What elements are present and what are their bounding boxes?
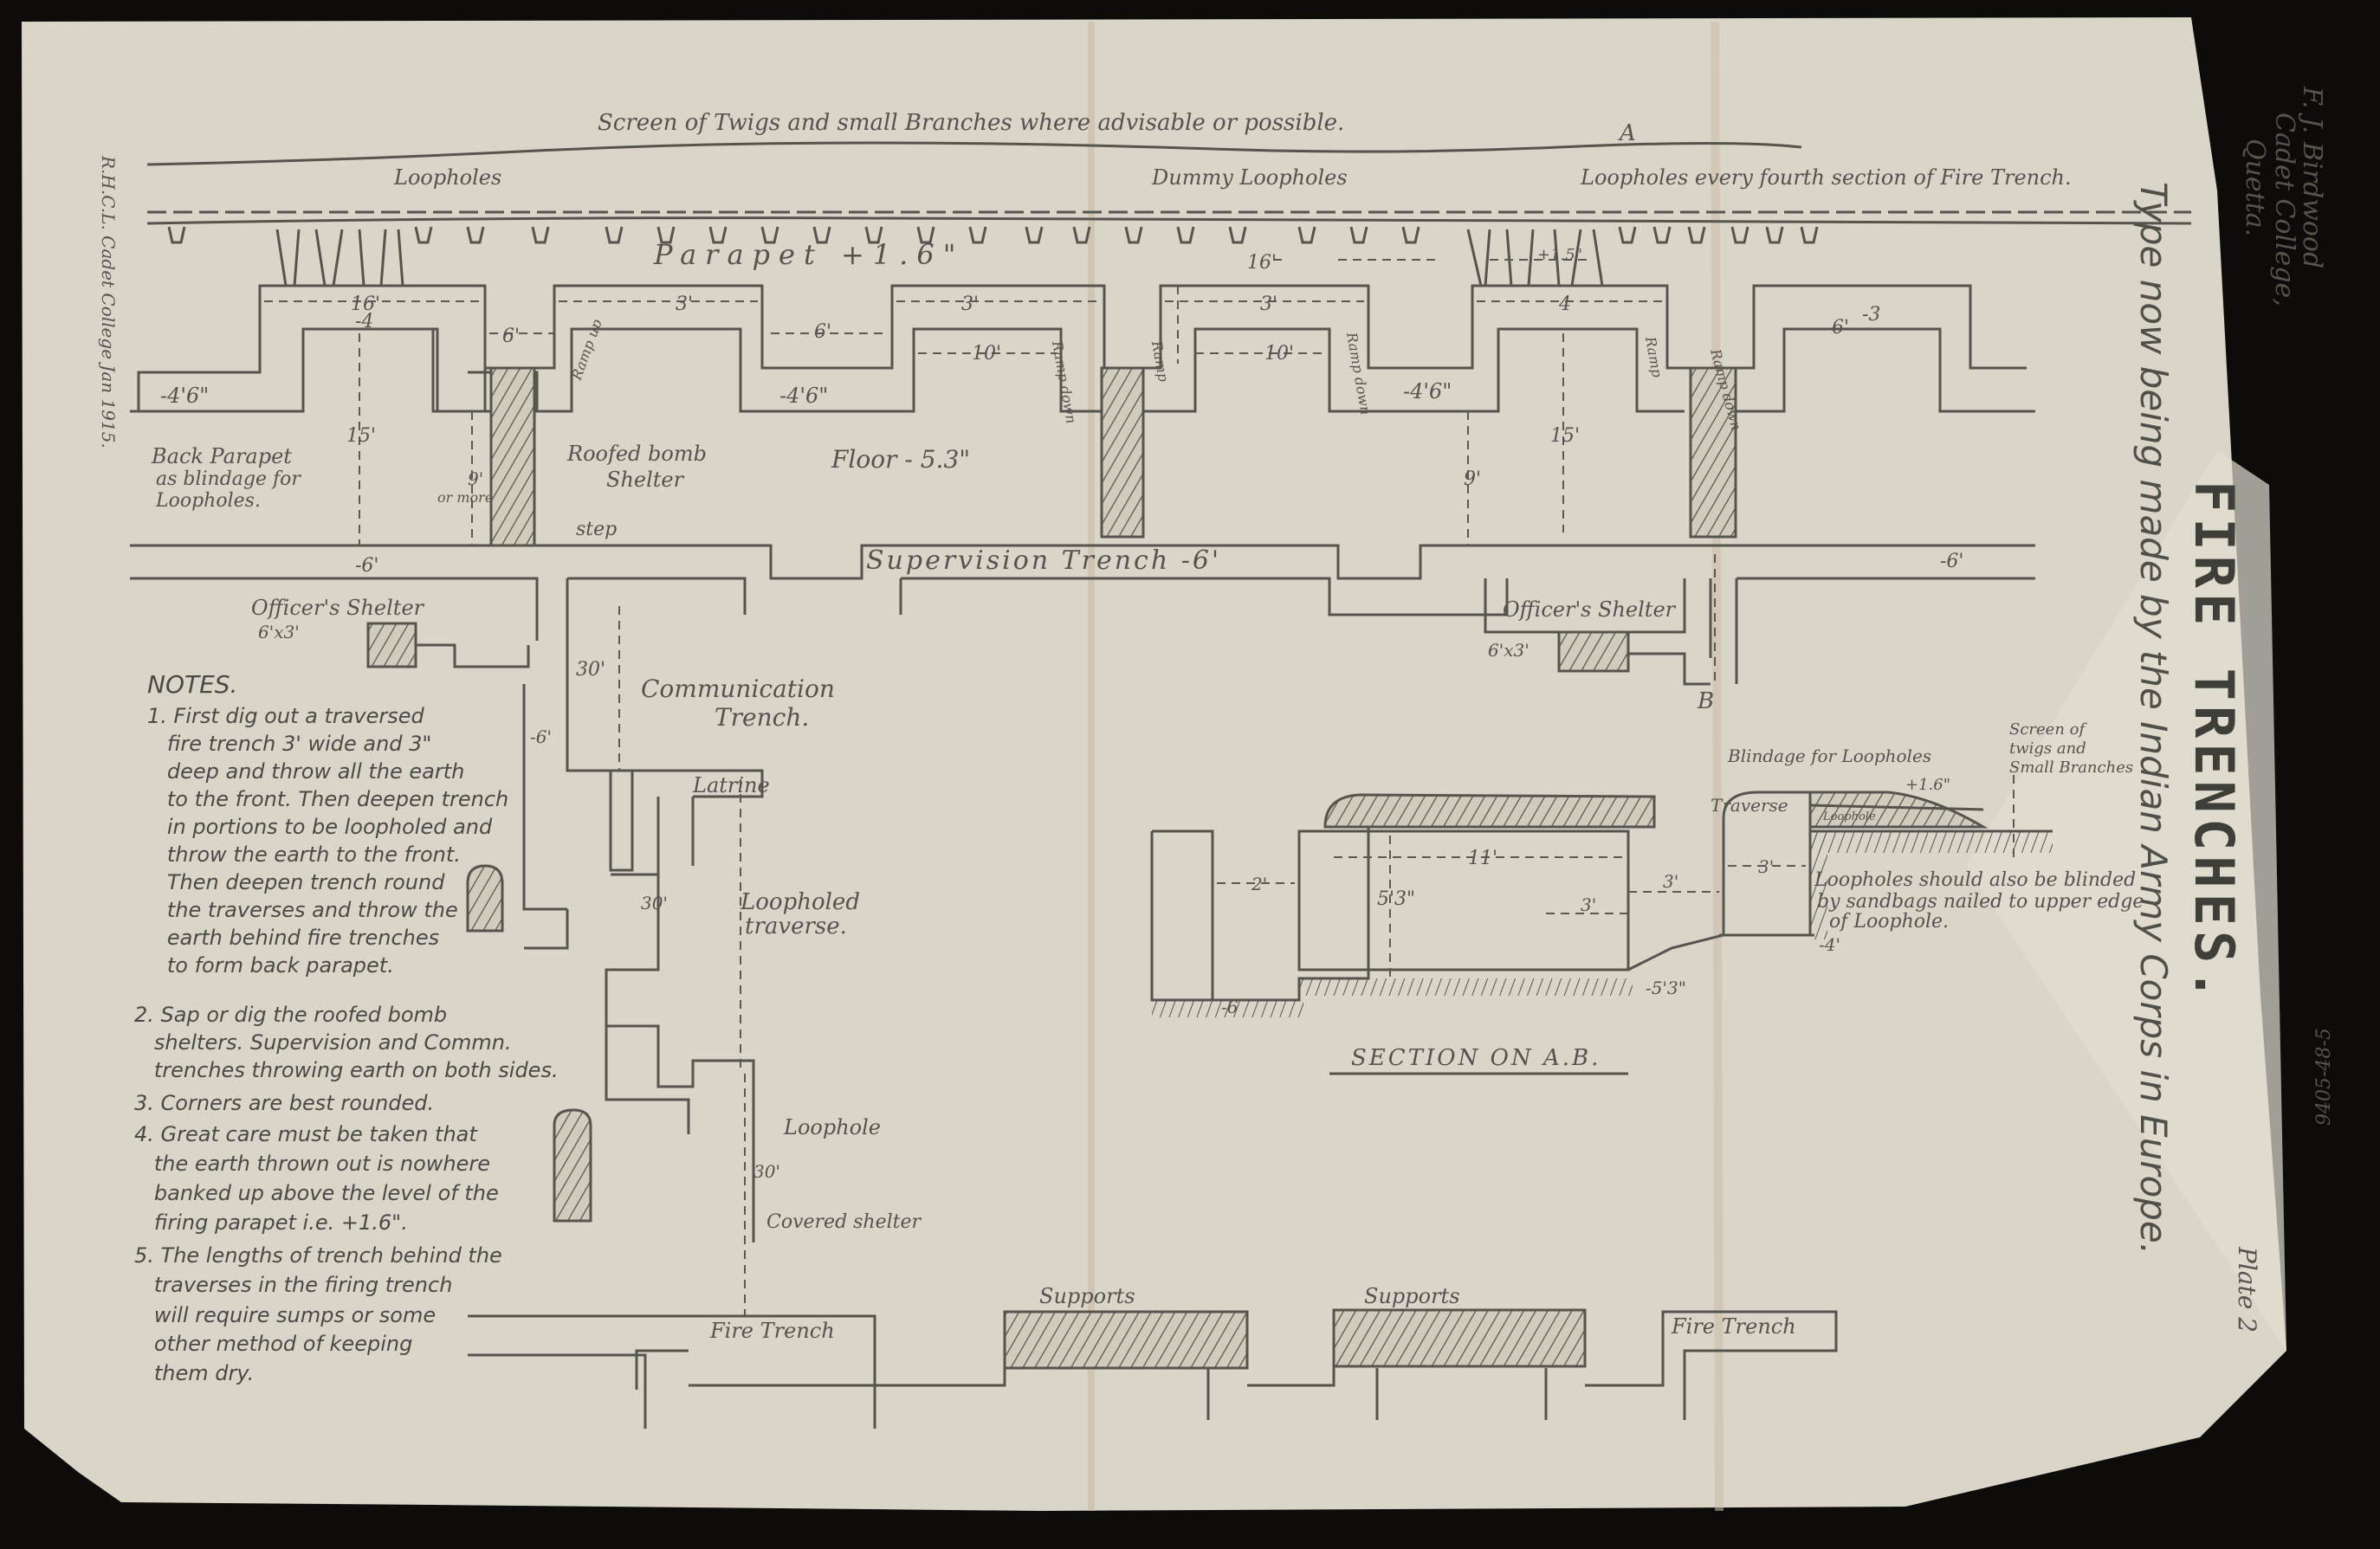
note-line: to form back parapet. [147, 953, 394, 978]
loopholes-every-fourth-label: Loopholes every fourth section of Fire T… [1580, 165, 2072, 190]
officers-shelter-right [1559, 632, 1628, 671]
owner-line-2: Cadet College, [2269, 113, 2299, 307]
notes-heading: NOTES. [147, 670, 237, 699]
note-line: 1. First dig out a traversed [147, 704, 425, 728]
section-dim-3a: 3' [1663, 871, 1678, 892]
accession-number: 9405-48-5 [2313, 1028, 2335, 1126]
supervision-trench-label: Supervision Trench -6' [866, 545, 1221, 576]
dim-10-a: 10' [972, 343, 1001, 365]
section-note-line-3: of Loophole. [1829, 911, 1949, 933]
loopholed-traverse-line-2: traverse. [745, 913, 847, 939]
note-line: earth behind fire trenches [147, 926, 439, 950]
dim-6-c: 6' [1832, 317, 1849, 339]
note-line: 3. Corners are best rounded. [134, 1091, 434, 1115]
section-dim-2: 2' [1251, 874, 1267, 894]
note-line: shelters. Supervision and Commn. [134, 1030, 512, 1055]
section-screen-line-2: twigs and [2009, 739, 2086, 758]
dim-4-6-c: -4'6" [1403, 379, 1452, 403]
note-line: traverses in the firing trench [134, 1273, 452, 1297]
loophole-height-label: +1.5" [1537, 246, 1582, 264]
note-line: trenches throwing earth on both sides. [134, 1058, 559, 1082]
dim-4-6-a: -4'6" [160, 384, 209, 408]
officers-shelter-left-label: Officer's Shelter [251, 596, 425, 620]
loopholed-traverse-line-1: Loopholed [740, 889, 860, 915]
communication-trench-line-1: Communication [641, 674, 835, 703]
note-line: throw the earth to the front. [147, 842, 461, 867]
dim-15-b: 15' [1550, 425, 1580, 447]
dim-9-b: 9' [1464, 468, 1481, 490]
section-screen-line-1: Screen of [2009, 720, 2087, 739]
dim-3-b: 3' [961, 294, 979, 315]
dim-4: 4 [1558, 294, 1571, 315]
roof-earth [1325, 795, 1654, 827]
dim-or-more: or more [437, 489, 493, 506]
rounded-traverse-2 [554, 1110, 591, 1221]
blindage-label: Blindage for Loopholes [1727, 745, 1931, 766]
back-parapet-line-2: as blindage for [156, 468, 301, 490]
traverse-label: Traverse [1711, 795, 1788, 816]
note-line: fire trench 3' wide and 3" [147, 732, 431, 756]
dim-minus-6-b: -6' [1940, 551, 1963, 572]
note-line: will require sumps or some [134, 1303, 436, 1327]
section-title: SECTION ON A.B. [1351, 1045, 1601, 1071]
note-line: other method of keeping [134, 1332, 412, 1356]
step-label: step [576, 519, 617, 540]
back-parapet-line-1: Back Parapet [151, 444, 292, 468]
back-parapet-line-3: Loopholes. [155, 490, 261, 512]
note-line: the traverses and throw the [147, 898, 458, 922]
dim-10-b: 10' [1264, 343, 1294, 365]
plate-number: Plate 2 [2233, 1246, 2261, 1333]
dim-6-a: 6' [502, 326, 520, 347]
roofed-bomb-shelter-1 [491, 368, 534, 545]
dim-4-6-b: -4'6" [779, 384, 828, 408]
dim-3-c: 3' [1260, 294, 1277, 315]
fire-trench-label-left: Fire Trench [709, 1319, 835, 1343]
section-dim-5-3: 5'3" [1377, 888, 1415, 910]
loophole-label: Loophole [783, 1115, 881, 1139]
dummy-loopholes-label: Dummy Loopholes [1151, 165, 1348, 190]
latrine-label: Latrine [692, 773, 770, 797]
note-line: 2. Sap or dig the roofed bomb [134, 1003, 447, 1027]
dim-traverse-4: -4 [355, 311, 373, 332]
rounded-traverse-1 [468, 866, 502, 931]
dim-9-a: 9' [468, 468, 483, 489]
dim-6-b: 6' [814, 321, 831, 343]
parapet-label: Parapet +1.6" [653, 238, 964, 271]
dim-30-b: 30' [641, 893, 668, 913]
note-line: 5. The lengths of trench behind the [134, 1243, 502, 1268]
roofed-shelter-line-2: Shelter [606, 468, 685, 492]
section-depth-5-3: -5'3" [1646, 978, 1686, 998]
supports-label-left: Supports [1039, 1284, 1135, 1308]
note-line: the earth thrown out is nowhere [134, 1152, 490, 1176]
note-line: in portions to be loopholed and [147, 815, 493, 839]
section-point-b: B [1697, 688, 1714, 714]
supports-label-right: Supports [1364, 1284, 1460, 1308]
dim-30-c: 30' [753, 1161, 780, 1182]
officers-shelter-right-label: Officer's Shelter [1503, 597, 1677, 622]
section-dim-3c: 3' [1581, 894, 1596, 915]
section-dim-3b: 3' [1758, 856, 1774, 877]
note-line: 4. Great care must be taken that [134, 1122, 478, 1146]
note-line: them dry. [134, 1361, 254, 1385]
fire-trench-label-right: Fire Trench [1671, 1314, 1796, 1339]
dim-minus-6-comm: -6' [530, 726, 552, 747]
section-dim-11: 11' [1468, 848, 1497, 869]
dim-3-a: 3' [676, 294, 693, 315]
loopholes-label: Loopholes [393, 165, 501, 190]
section-note-line-2: by sandbags nailed to upper edge [1817, 891, 2144, 913]
owner-line-1: F. J. Birdwood [2297, 86, 2327, 268]
plate-title: FIRE TRENCHES. [2183, 481, 2246, 1006]
section-depth-6: -6 [1221, 997, 1239, 1017]
section-parapet-height: +1.6" [1905, 776, 1950, 794]
margin-inscription: R.H.C.L. Cadet College Jan 1915. [98, 155, 119, 449]
section-note-line-1: Loopholes should also be blinded [1814, 869, 2136, 891]
roofed-shelter-line-1: Roofed bomb [566, 442, 707, 466]
note-line: deep and throw all the earth [147, 759, 464, 784]
section-screen-line-3: Small Branches [2009, 758, 2133, 777]
covered-shelter-label: Covered shelter [766, 1211, 922, 1233]
trench-plate-sheet: Screen of Twigs and small Branches where… [0, 0, 2380, 1549]
plate-subtitle: Type now being made by the Indian Army C… [2132, 182, 2175, 1255]
note-line: firing parapet i.e. +1.6". [134, 1210, 408, 1235]
section-loophole-label: Loophole [1822, 810, 1876, 823]
note-line: to the front. Then deepen trench [147, 787, 508, 811]
officers-shelter-right-size: 6'x3' [1488, 640, 1530, 661]
note-line: Then deepen trench round [147, 870, 445, 894]
communication-trench-line-2: Trench. [715, 703, 809, 732]
floor-label: Floor - 5.3" [831, 445, 970, 474]
note-line: banked up above the level of the [134, 1181, 499, 1205]
owner-line-3: Quetta. [2240, 139, 2270, 236]
supports-right [1334, 1310, 1585, 1366]
dim-minus-6-a: -6' [355, 555, 378, 577]
roofed-bomb-shelter-2 [1102, 368, 1143, 537]
dim-15-a: 15' [346, 425, 376, 447]
supports-left [1005, 1312, 1247, 1368]
section-point-a: A [1618, 120, 1636, 146]
officers-shelter-left-size: 6'x3' [258, 622, 300, 642]
dim-bay-16b: 16' [1247, 252, 1277, 274]
screen-label: Screen of Twigs and small Branches where… [598, 110, 1344, 136]
dim-minus-3: -3 [1862, 304, 1880, 326]
officers-shelter-left [368, 623, 416, 667]
section-depth-4: -4' [1819, 934, 1840, 955]
fold-crease [1715, 22, 1719, 1511]
dim-30-a: 30' [576, 659, 605, 681]
